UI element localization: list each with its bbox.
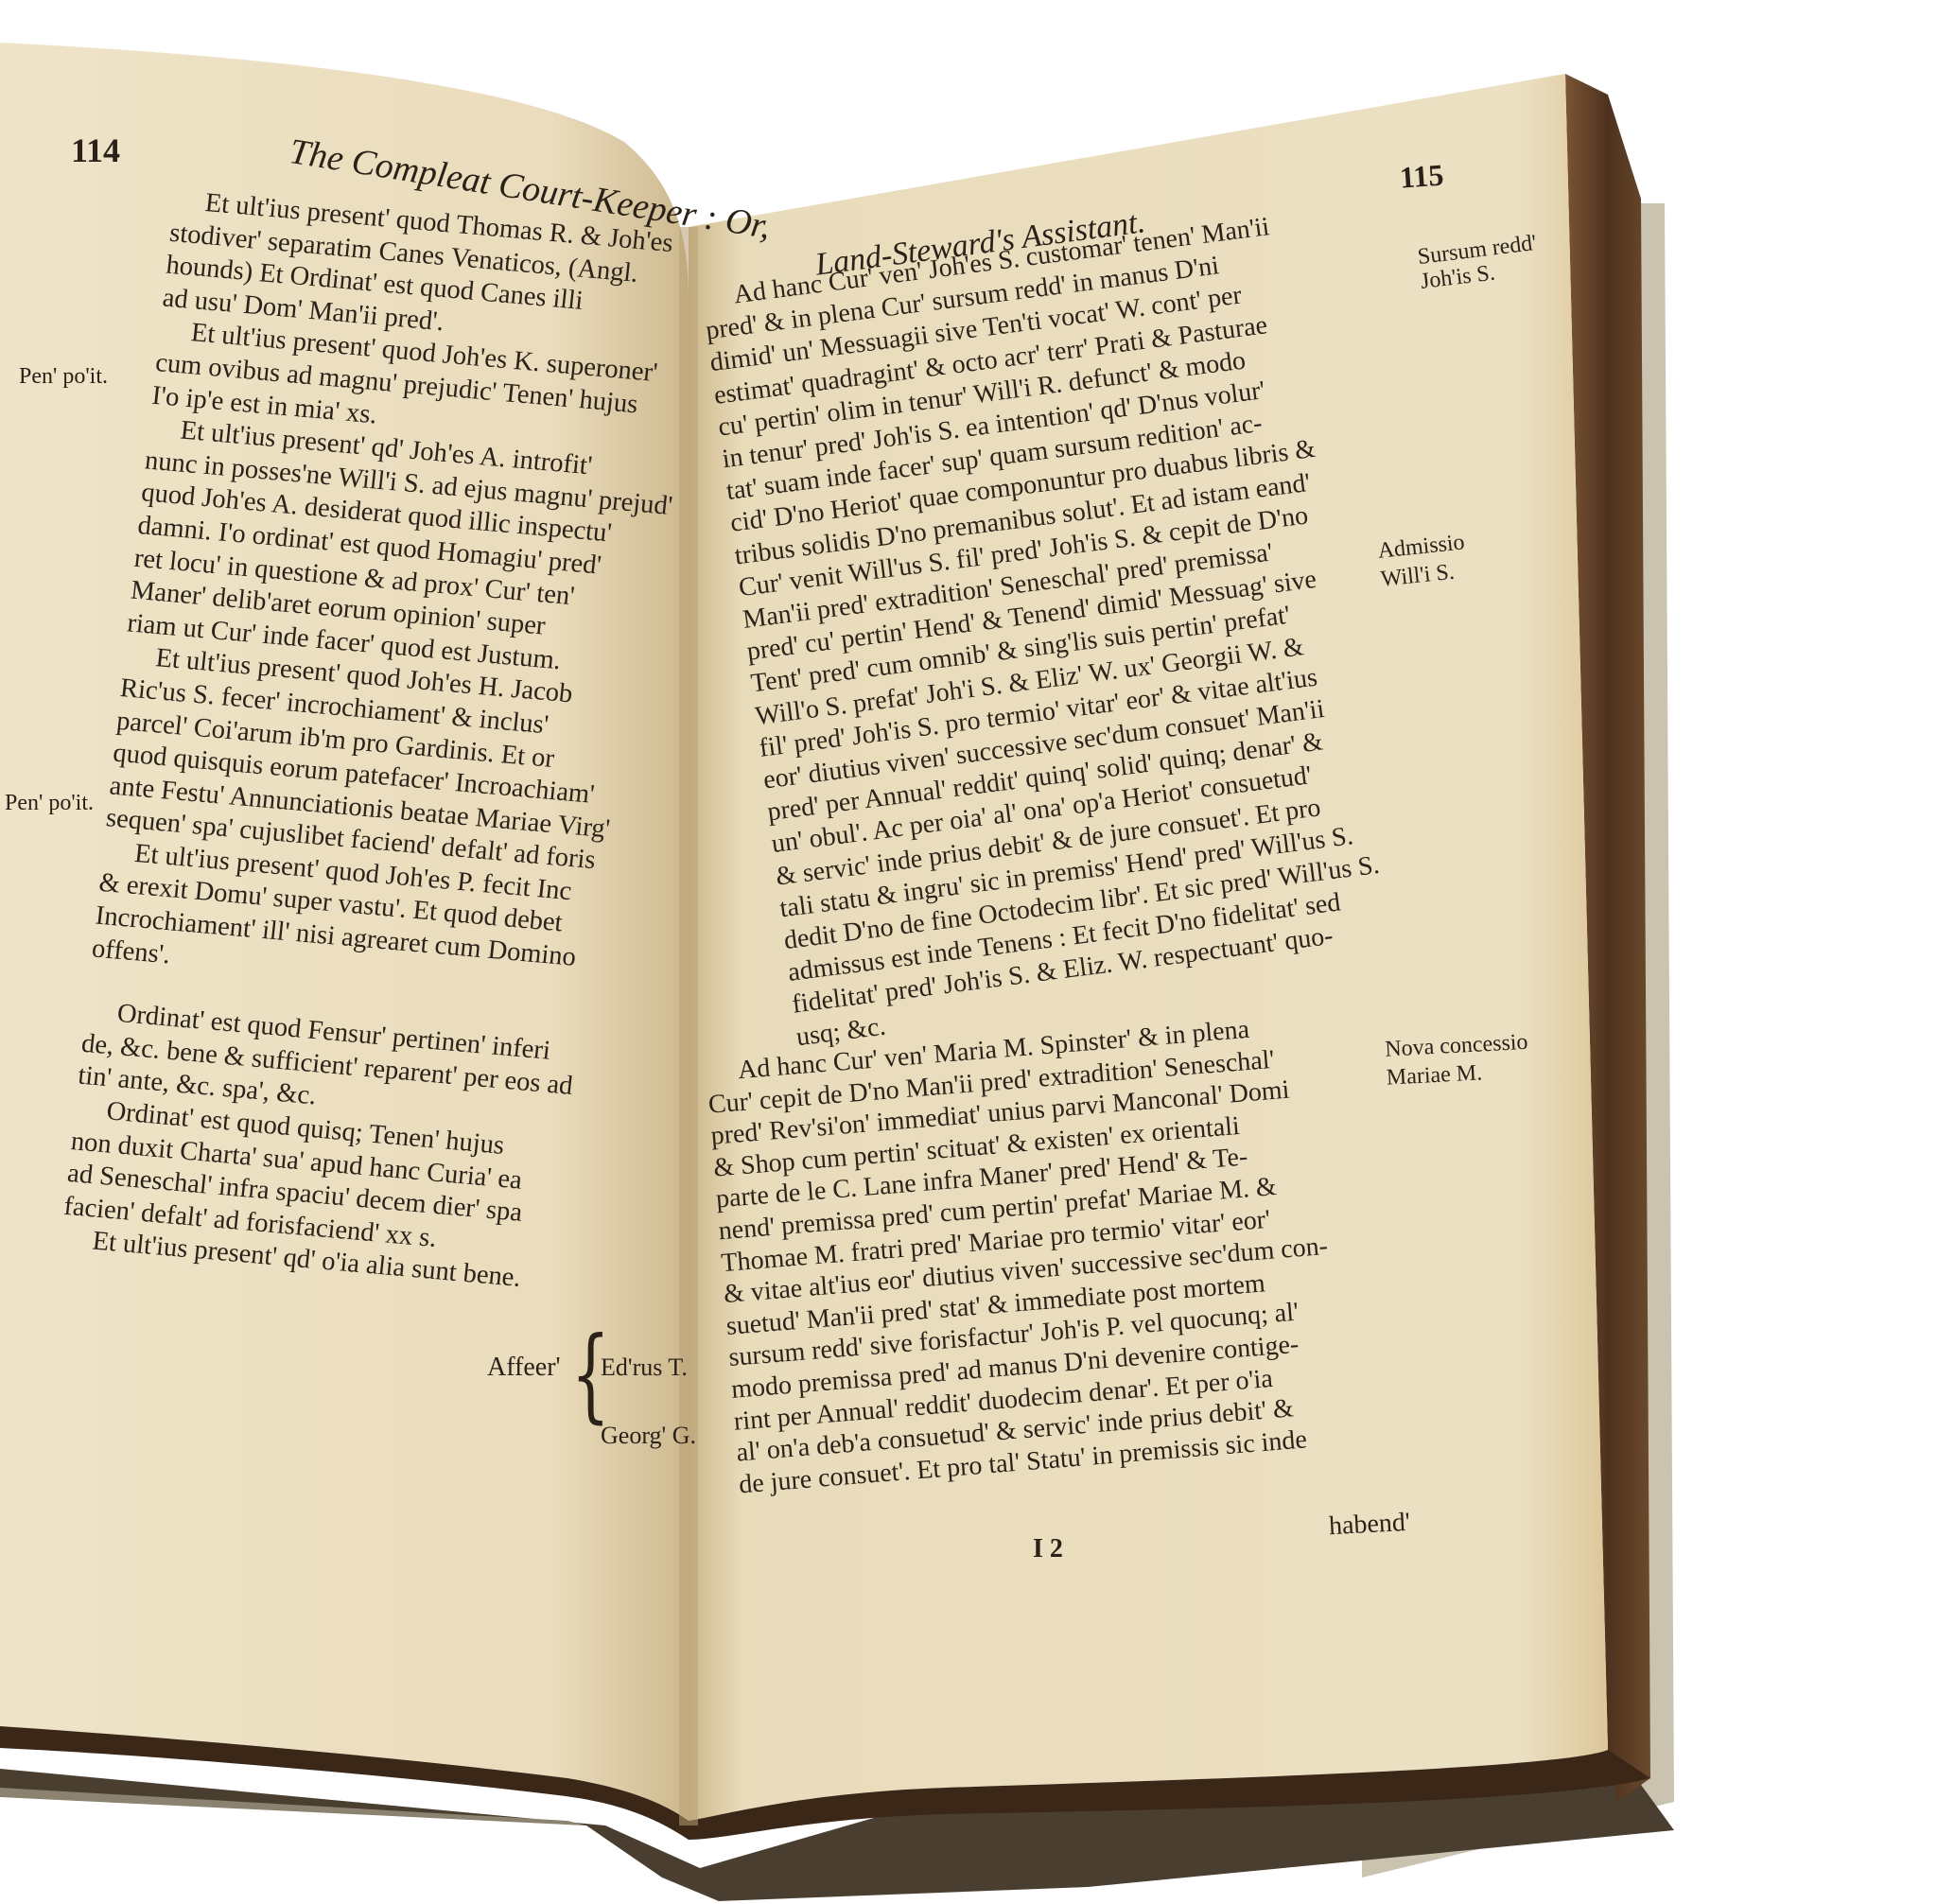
catchword: habend' [1328,1508,1410,1542]
affeeror-name: Ed'rus T. [601,1334,696,1402]
left-margin-note-2: Pen' po'it. [5,791,94,816]
left-page-number: 114 [71,131,120,170]
right-margin-note-3: Nova concessio Mariae M. [1385,1026,1558,1092]
affeeror-name: Georg' G. [601,1402,696,1470]
right-page-body: Ad hanc Cur' ven' Joh'es S. customar' te… [700,196,1483,1054]
signature-mark: I 2 [1033,1534,1063,1564]
affeerors-names: Ed'rus T. Georg' G. [601,1334,696,1470]
right-page-number: 115 [1399,157,1445,195]
open-book: 114 The Compleat Court-Keeper : Or, Pen'… [0,0,1937,1904]
right-page-body-2: Ad hanc Cur' ven' Maria M. Spinster' & i… [705,1002,1428,1500]
affeerors-label: Affeer' [487,1353,561,1383]
left-margin-note-1: Pen' po'it. [19,364,108,390]
